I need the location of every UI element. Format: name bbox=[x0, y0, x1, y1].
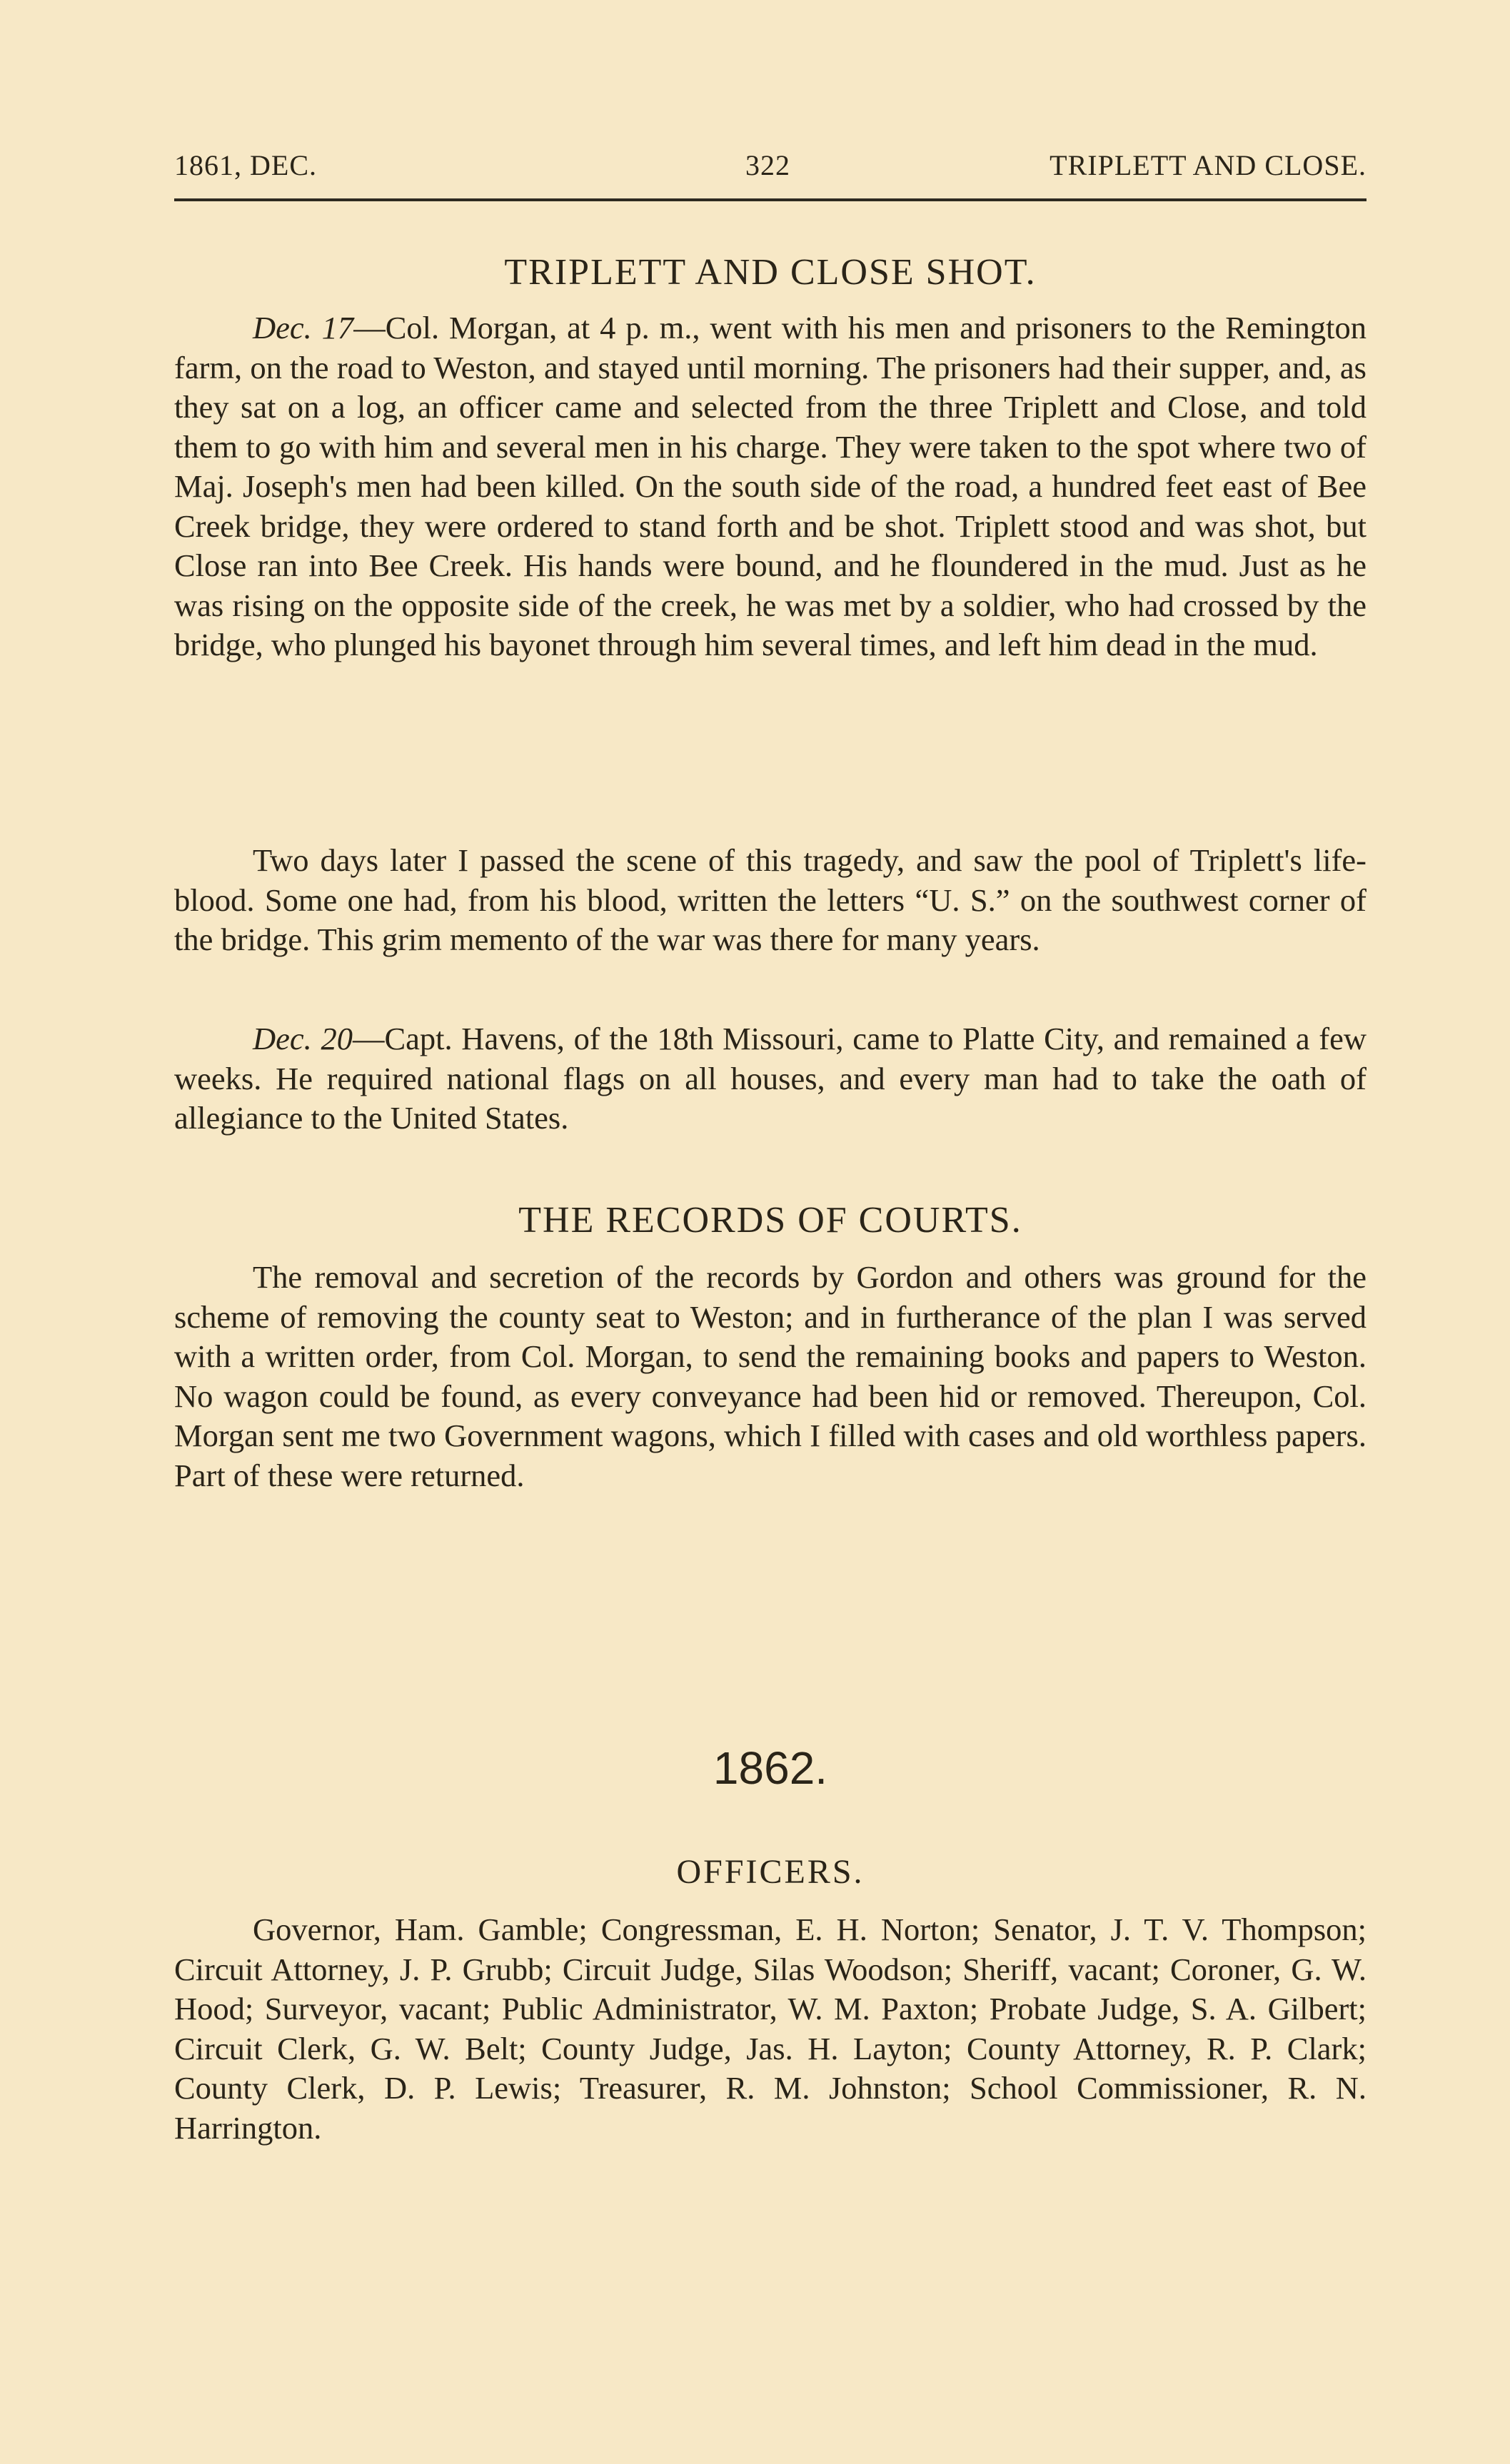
header-rule bbox=[174, 198, 1366, 201]
section-title-triplett-close: TRIPLETT AND CLOSE SHOT. bbox=[174, 251, 1366, 293]
paragraph-text: Two days later I passed the scene of thi… bbox=[174, 842, 1366, 957]
paragraph-date: Dec. 17 bbox=[253, 310, 353, 345]
paragraph-text: —Col. Morgan, at 4 p. m., went with his … bbox=[174, 310, 1366, 662]
paragraph-dec-20: Dec. 20—Capt. Havens, of the 18th Missou… bbox=[174, 1019, 1366, 1138]
paragraph-two-days-later: Two days later I passed the scene of thi… bbox=[174, 841, 1366, 960]
paragraph-records: The removal and secretion of the records… bbox=[174, 1258, 1366, 1495]
year-heading: 1862. bbox=[174, 1742, 1366, 1794]
page-number: 322 bbox=[745, 148, 790, 182]
paragraph-text: The removal and secretion of the records… bbox=[174, 1259, 1366, 1493]
paragraph-text: Governor, Ham. Gamble; Congressman, E. H… bbox=[174, 1912, 1366, 2146]
paragraph-date: Dec. 20 bbox=[253, 1021, 353, 1056]
section-title-records-of-courts: THE RECORDS OF COURTS. bbox=[174, 1199, 1366, 1241]
running-head-date: 1861, DEC. bbox=[174, 148, 317, 182]
running-head: 1861, DEC. 322 TRIPLETT AND CLOSE. bbox=[174, 148, 1366, 191]
running-head-title: TRIPLETT AND CLOSE. bbox=[1050, 148, 1366, 182]
paragraph-text: —Capt. Havens, of the 18th Missouri, cam… bbox=[174, 1021, 1366, 1136]
officers-title: OFFICERS. bbox=[174, 1852, 1366, 1892]
officers-paragraph: Governor, Ham. Gamble; Congressman, E. H… bbox=[174, 1910, 1366, 2148]
paragraph-dec-17: Dec. 17—Col. Morgan, at 4 p. m., went wi… bbox=[174, 308, 1366, 665]
